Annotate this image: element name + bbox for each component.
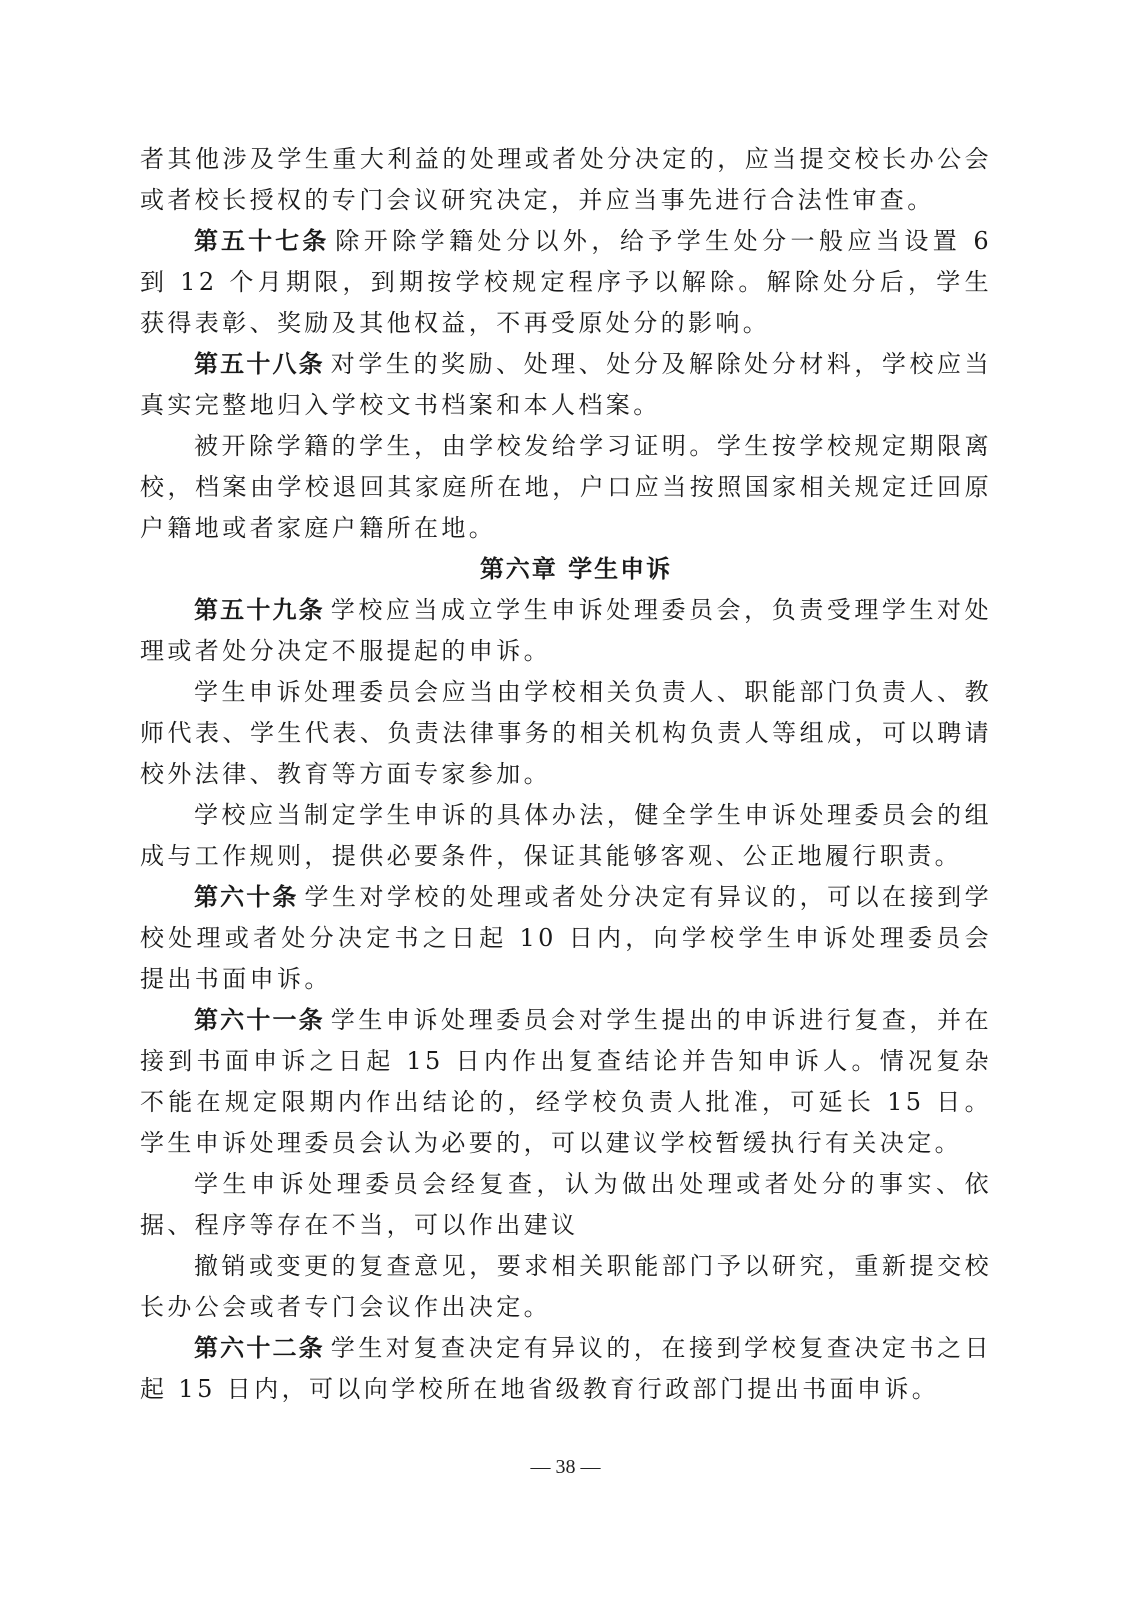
paragraph-committee-rules: 学校应当制定学生申诉的具体办法，健全学生申诉处理委员会的组成与工作规则，提供必要… — [140, 795, 992, 877]
paragraph-expulsion: 被开除学籍的学生，由学校发给学习证明。学生按学校规定期限离校，档案由学校退回其家… — [140, 426, 992, 549]
page-number: — 38 — — [0, 1456, 1131, 1479]
paragraph-text: 学生申诉处理委员会经复查，认为做出处理或者处分的事实、依据、程序等存在不当，可以… — [140, 1170, 992, 1239]
article-60: 第六十条学生对学校的处理或者处分决定有异议的，可以在接到学校处理或者处分决定书之… — [140, 877, 992, 1000]
paragraph-review-finding: 学生申诉处理委员会经复查，认为做出处理或者处分的事实、依据、程序等存在不当，可以… — [140, 1164, 992, 1246]
article-heading: 第六十二条 — [194, 1334, 325, 1362]
article-heading: 第六十一条 — [194, 1006, 325, 1034]
chapter-title: 第六章 学生申诉 — [140, 549, 992, 590]
document-page: 者其他涉及学生重大利益的处理或者处分决定的，应当提交校长办公会或者校长授权的专门… — [140, 139, 992, 1410]
paragraph-text: 者其他涉及学生重大利益的处理或者处分决定的，应当提交校长办公会或者校长授权的专门… — [140, 145, 992, 214]
paragraph-committee-composition: 学生申诉处理委员会应当由学校相关负责人、职能部门负责人、教师代表、学生代表、负责… — [140, 672, 992, 795]
article-heading: 第五十九条 — [194, 596, 325, 624]
paragraph-review-opinion: 撤销或变更的复查意见，要求相关职能部门予以研究，重新提交校长办公会或者专门会议作… — [140, 1246, 992, 1328]
article-heading: 第五十八条 — [194, 350, 325, 378]
paragraph-text: 学校应当制定学生申诉的具体办法，健全学生申诉处理委员会的组成与工作规则，提供必要… — [140, 801, 992, 870]
paragraph-continuation: 者其他涉及学生重大利益的处理或者处分决定的，应当提交校长办公会或者校长授权的专门… — [140, 139, 992, 221]
article-62: 第六十二条学生对复查决定有异议的，在接到学校复查决定书之日起 15 日内，可以向… — [140, 1328, 992, 1410]
paragraph-text: 撤销或变更的复查意见，要求相关职能部门予以研究，重新提交校长办公会或者专门会议作… — [140, 1252, 992, 1321]
article-61: 第六十一条学生申诉处理委员会对学生提出的申诉进行复查，并在接到书面申诉之日起 1… — [140, 1000, 992, 1164]
paragraph-text: 学生申诉处理委员会应当由学校相关负责人、职能部门负责人、教师代表、学生代表、负责… — [140, 678, 992, 788]
article-57: 第五十七条除开除学籍处分以外，给予学生处分一般应当设置 6 到 12 个月期限，… — [140, 221, 992, 344]
paragraph-text: 被开除学籍的学生，由学校发给学习证明。学生按学校规定期限离校，档案由学校退回其家… — [140, 432, 992, 542]
article-58: 第五十八条对学生的奖励、处理、处分及解除处分材料，学校应当真实完整地归入学校文书… — [140, 344, 992, 426]
article-59: 第五十九条学校应当成立学生申诉处理委员会，负责受理学生对处理或者处分决定不服提起… — [140, 590, 992, 672]
article-heading: 第五十七条 — [194, 227, 329, 255]
article-heading: 第六十条 — [194, 883, 298, 911]
